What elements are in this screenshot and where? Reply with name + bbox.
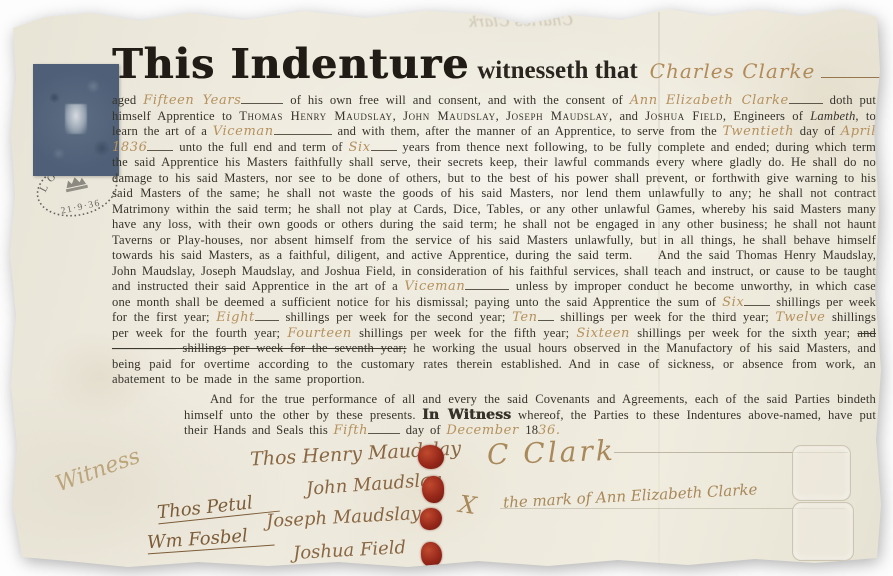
blank-rule (371, 140, 397, 151)
heading-blackletter: This Indenture (112, 40, 469, 88)
printed-text: aged (112, 93, 143, 107)
blank-rule (147, 140, 173, 151)
signature-apprentice: C Clark (486, 434, 616, 471)
mark-x: X (457, 490, 478, 520)
printed-text: John Maudslay (403, 109, 496, 123)
signature-joshua-field: Joshua Field (293, 537, 407, 564)
printed-text: , and (609, 109, 645, 123)
wax-seal-icon (420, 508, 442, 530)
printed-text: , (496, 109, 506, 123)
closing-paragraph: And for the true performance of all and … (184, 392, 876, 439)
signature-joseph-maudslay: Joseph Maudslay (266, 503, 422, 532)
heading-printed: witnesseth that (477, 57, 637, 84)
blank-rule (255, 310, 279, 321)
printed-text: Joshua Field (645, 109, 723, 123)
printed-text: , (393, 109, 403, 123)
printed-text: unto the full end and term of (173, 140, 348, 154)
heading-blank-rule (821, 77, 893, 78)
printed-text: shillings per week for the second year; (279, 310, 512, 324)
blank-rule (241, 93, 283, 104)
handwritten-entry: Eight (216, 310, 255, 325)
blue-revenue-stamp (33, 64, 119, 176)
printed-text: shillings per week for the sixth year; (630, 326, 857, 340)
printed-text: day of (794, 124, 841, 138)
bleedthrough-ghost-text: Charles Clark (468, 11, 573, 31)
parchment-shadow: Charles Clark LONDON 21·9·36 (0, 0, 893, 576)
handwritten-entry: Fifth (334, 423, 369, 438)
blank-rule (368, 423, 400, 434)
handwritten-entry: Twelve (776, 310, 826, 325)
wax-seal-icon (421, 542, 442, 567)
printed-text: Joseph Maudslay (506, 109, 609, 123)
blank-rule (274, 124, 332, 135)
printed-text: Lambeth (810, 109, 855, 123)
printed-text: of his own free will and consent, and wi… (283, 93, 629, 107)
handwritten-entry: Viceman (213, 124, 274, 139)
blank-rule (538, 310, 554, 321)
document-heading: This Indenturewitnesseth thatCharles Cla… (112, 40, 893, 88)
parchment-sheet: Charles Clark LONDON 21·9·36 (0, 0, 893, 576)
signature-witness-2: Wm Fosbel (146, 524, 274, 555)
handwritten-entry: Ten (512, 310, 538, 325)
signature-john-maudslay: John Maudslay (305, 469, 441, 499)
handwritten-entry: Fourteen (287, 326, 352, 341)
handwritten-entry: Sixteen (576, 326, 630, 341)
stamp-emblem-icon (65, 104, 87, 134)
printed-text: day of (400, 423, 446, 437)
printed-text: In Witness (422, 407, 511, 423)
apprentice-name-script: Charles Clarke (650, 59, 816, 83)
printed-text: 18 (519, 423, 538, 437)
printed-text: shillings per week for the third year; (554, 310, 776, 324)
printed-text: shillings per week for the fifth year; (352, 326, 577, 340)
handwritten-entry: Viceman (404, 279, 465, 294)
embossed-stamp (792, 502, 854, 561)
handwritten-entry: Ann Elizabeth Clarke (630, 93, 789, 108)
wax-seal-icon (422, 476, 444, 503)
printed-text: Thomas Henry Maudslay (239, 109, 392, 123)
blank-rule (465, 279, 509, 290)
handwritten-entry: Six (348, 140, 370, 155)
handwritten-entry: Six (722, 295, 744, 310)
wax-seal-icon (418, 445, 444, 469)
blank-rule (789, 93, 823, 104)
blank-rule (744, 295, 770, 306)
signature-witness-1: Thos Petul (156, 490, 280, 525)
printed-text: and with them, after the manner of an Ap… (332, 124, 723, 138)
printed-text: , Engineers of (723, 109, 810, 123)
mark-of-ann-elizabeth-clarke: the mark of Ann Elizabeth Clarke (503, 480, 758, 511)
handwritten-entry: December (446, 423, 518, 438)
embossed-stamp (792, 445, 851, 501)
scanned-indenture-document: Charles Clark LONDON 21·9·36 (0, 0, 893, 576)
printed-text: years from thence next following, to be … (112, 140, 876, 294)
handwritten-entry: Fifteen Years (143, 93, 241, 108)
handwritten-entry: Twentieth (723, 124, 794, 139)
body-paragraph: aged Fifteen Years of his own free will … (112, 93, 876, 388)
postmark-date-label: 21·9·36 (60, 198, 102, 216)
witness-label: Witness (52, 444, 143, 498)
